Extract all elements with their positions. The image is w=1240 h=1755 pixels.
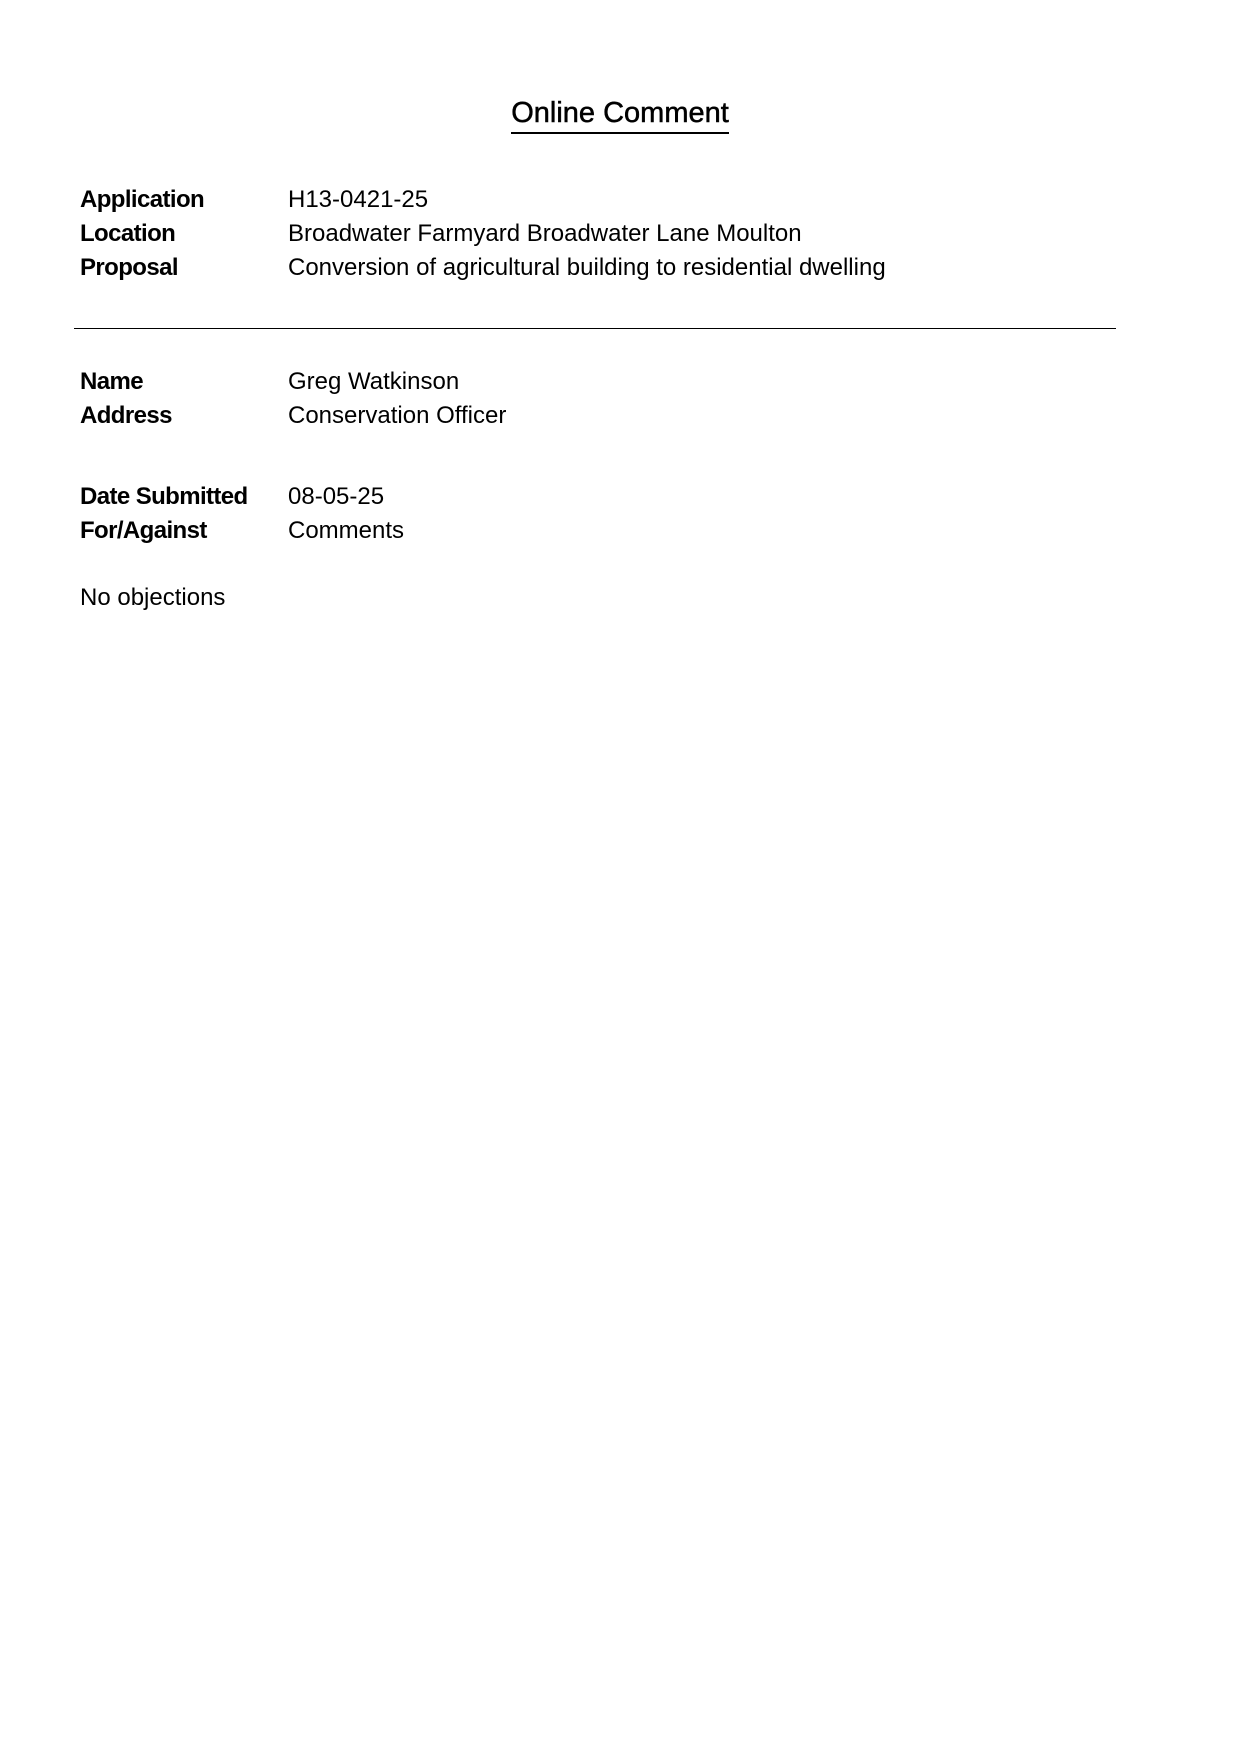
field-label: Proposal [80,251,288,285]
field-for-against: For/Against Comments [80,514,404,548]
comment-text: No objections [80,581,225,615]
field-label: Date Submitted [80,480,288,514]
field-name: Name Greg Watkinson [80,365,459,399]
field-value: Broadwater Farmyard Broadwater Lane Moul… [288,217,802,251]
section-divider [74,328,1116,329]
field-value: 08-05-25 [288,480,384,514]
field-label: Application [80,183,288,217]
field-value: H13-0421-25 [288,183,428,217]
field-label: Name [80,365,288,399]
page-title: Online Comment [0,96,1240,134]
field-value: Greg Watkinson [288,365,459,399]
field-application: Application H13-0421-25 [80,183,428,217]
field-proposal: Proposal Conversion of agricultural buil… [80,251,886,285]
field-value: Comments [288,514,404,548]
field-date-submitted: Date Submitted 08-05-25 [80,480,384,514]
field-label: For/Against [80,514,288,548]
field-label: Location [80,217,288,251]
field-location: Location Broadwater Farmyard Broadwater … [80,217,802,251]
field-label: Address [80,399,288,433]
field-value: Conversion of agricultural building to r… [288,251,886,285]
page-title-text: Online Comment [511,96,729,134]
field-value: Conservation Officer [288,399,506,433]
field-address: Address Conservation Officer [80,399,506,433]
